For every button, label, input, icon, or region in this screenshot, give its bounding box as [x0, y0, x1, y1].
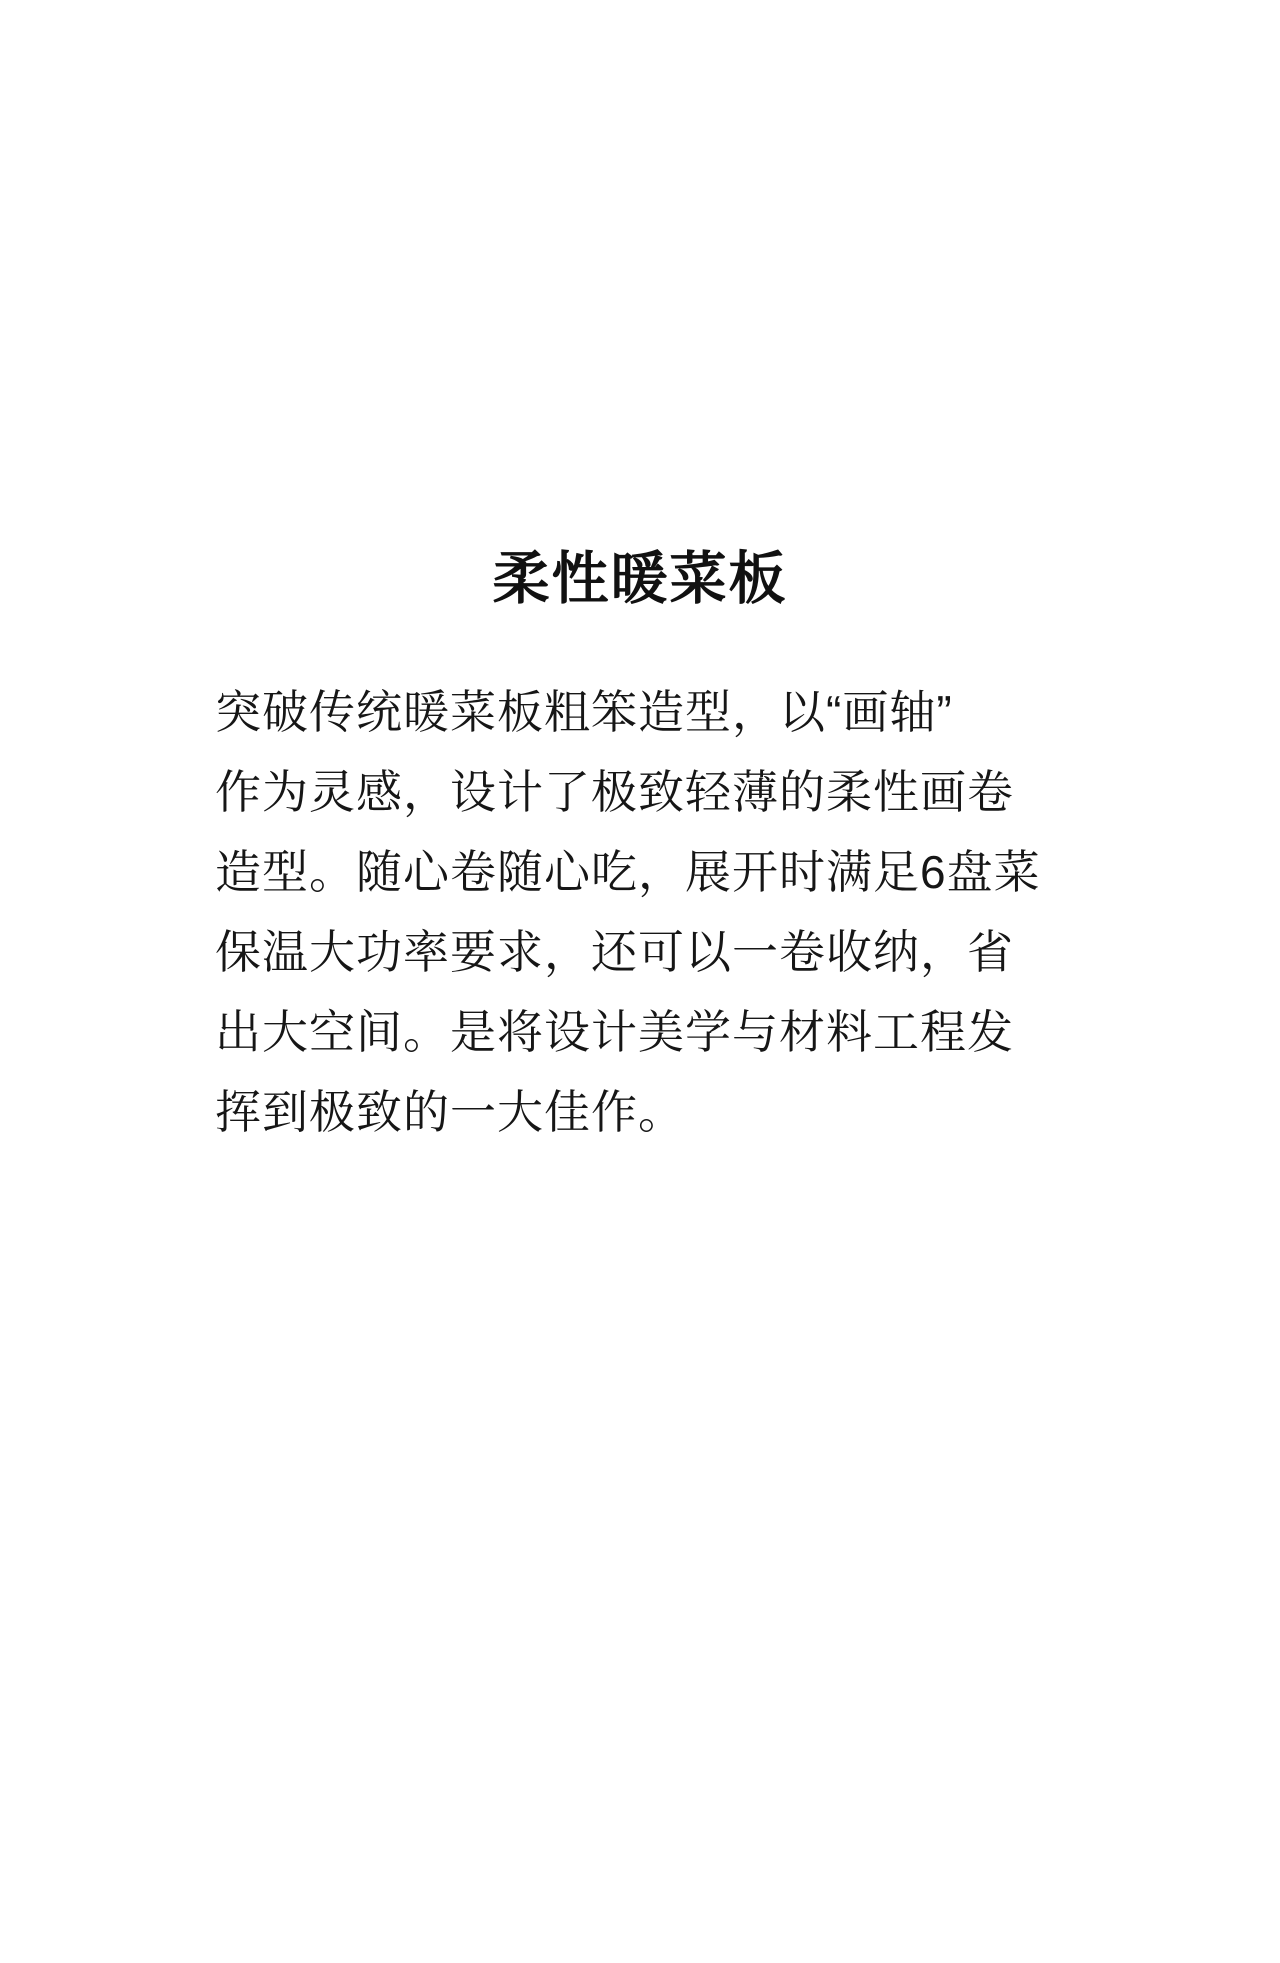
paragraph-line: 突破传统暖菜板粗笨造型，以“画轴”: [215, 672, 1085, 752]
paragraph-line: 出大空间。是将设计美学与材料工程发: [215, 992, 1085, 1072]
page-title: 柔性暖菜板: [0, 545, 1280, 613]
paragraph-line: 挥到极致的一大佳作。: [215, 1072, 1085, 1152]
paragraph-line: 作为灵感，设计了极致轻薄的柔性画卷: [215, 752, 1085, 832]
paragraph-line: 造型。随心卷随心吃，展开时满足6盘菜: [215, 832, 1085, 912]
paragraph-line: 保温大功率要求，还可以一卷收纳，省: [215, 912, 1085, 992]
document-page: 柔性暖菜板 突破传统暖菜板粗笨造型，以“画轴” 作为灵感，设计了极致轻薄的柔性画…: [0, 0, 1280, 1963]
body-paragraph: 突破传统暖菜板粗笨造型，以“画轴” 作为灵感，设计了极致轻薄的柔性画卷 造型。随…: [215, 672, 1085, 1152]
